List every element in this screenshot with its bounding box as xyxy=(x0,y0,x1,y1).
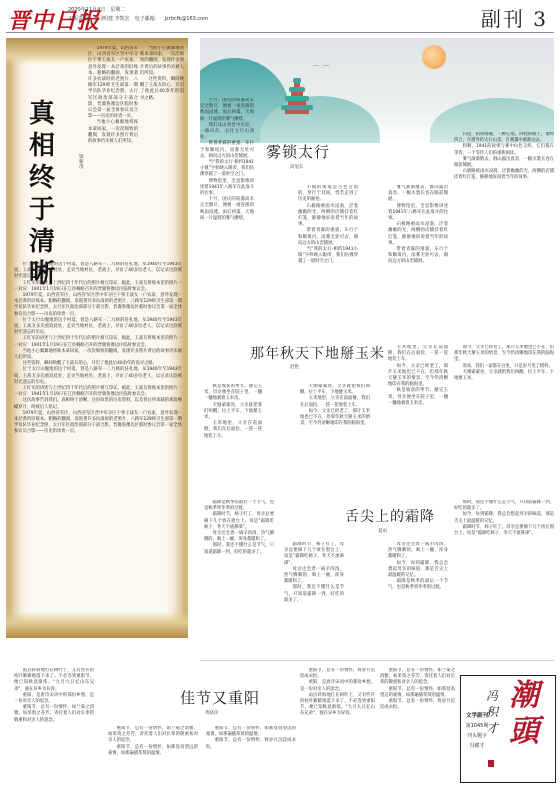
paragraph: 重阳节，总有一份情怀，将岁月沉淀成永恒。 xyxy=(300,668,375,680)
paragraph: 玉米地里，父亲在前面掰，我们在后面捡，一筐一筐地装上车。 xyxy=(204,421,262,440)
paragraph: 那时，我还不懂什么是节气，只知道霜降一到，好吃的就多了。 xyxy=(204,543,274,555)
article-shuangjiang-col4: 那时，我还不懂什么是节气，只知道霜降一到，好吃的就多了。 如今，每到霜降，我总会… xyxy=(454,500,554,650)
paragraph: 石板路被雨水浸润，泛着幽幽的光，两侧的店铺挂着红灯笼，静静地诉说着当年的故事。 xyxy=(388,222,448,247)
article-shuangjiang-col1: 霜降是秋季的最后一个节气，也是秋季到冬季的过渡。 霜降时节，柿子红了，母亲总要摘… xyxy=(204,500,274,650)
paragraph: 十月，国庆的喧嚣尚未完全散尽，便被一场连绵的秋雨浸透。雨后初霁，天地间一片湿润的… xyxy=(200,197,254,222)
paragraph: 这些资料，瞬间唤醒了王战友的心，开启了他此后40余年的追寻之路。 xyxy=(140,77,184,102)
paragraph: 霜降是秋季的最后一个节气，也是秋季到冬季的过渡。 xyxy=(204,500,274,512)
article-zhenxiang-col2: 当他小心翼翼地将账本拿回家，一次次细致的翻阅，发现许多照片背后的故事仍未被人们所… xyxy=(140,46,184,256)
cranes-icon: ⌒⌒ xyxy=(312,64,332,75)
article-chongyang-col2: 重阳节，总有一份情怀，如兰菊之清雅，如茱萸之芬芳，寄托着人们对长辈的敬重和对亲人… xyxy=(108,726,198,784)
email-link[interactable]: jzrbcfk@163.com xyxy=(165,16,208,22)
paragraph: 位于太行山腹地的这个村落，曾是八路军一二九师的驻扎地，从1940年至1943年间… xyxy=(14,262,182,281)
article-shuangjiang-col3: 母亲还会煮一锅羊肉汤，热气腾腾的，喝上一碗，浑身都暖和了。 如今，每到霜降，我总… xyxy=(388,542,448,650)
paragraph: 十月，国庆的喧嚣尚未完全散尽，便被一场连绵的秋雨浸透。雨后初霁，天地间一片湿润的… xyxy=(200,98,254,123)
article-chongyang-col3: 重阳节，总有一份情怀，如那登高望远的豪情，如那遍插茱萸的温情。 重阳节，总有一份… xyxy=(206,726,296,784)
paragraph: 天刚蒙蒙亮，父亲就把我们叫醒，拉上平车，下地掰玉米。 xyxy=(300,384,370,396)
paragraph: 当“我的太行·相约1941小镇”字样映入眼帘，我们仿佛穿越了一道时空之门。 xyxy=(298,247,358,266)
paragraph: 雾气渐渐散去，群山露出真容，一幅水墨长卷在眼前铺展。 xyxy=(388,185,448,204)
article-chongyang-col1: 雨点斜斜地打在树叶上，又有些许的枯叶簌簌地落下来了。不必等到重阳节，便已知秋意渐… xyxy=(14,668,94,784)
paragraph: 我们从山西晋中出发，一路向东，去往太行山深处。 xyxy=(200,123,254,142)
article-author-zhenxiang: 梁朝茂 xyxy=(79,155,85,170)
paragraph: 霜降时节，柿子红了，母亲总要摘下几个放在窗台上，说是“霜降吃柿子，冬天不流鼻涕”… xyxy=(454,525,554,537)
article-title-wusuo: 雾锁太行 xyxy=(266,141,330,162)
article-shuangjiang-col2: 霜降时节，柿子红了，母亲总要摘下几个放在窗台上，说是“霜降吃柿子，冬天不流鼻涕”… xyxy=(284,542,344,650)
paragraph: 1979年夏，山西省军区、山西省军区晋中军分区干事王战友一户农家，意外发现一本泛… xyxy=(88,46,138,120)
email-label: 电子邮箱： xyxy=(135,16,160,22)
paragraph: 雨点斜斜地打在树叶上，又有些许的枯叶簌簌地落下来了。不必等到重阳节，便已知秋意渐… xyxy=(14,668,94,693)
paragraph: 霜降时节，柿子红了，母亲总要摘下几个放在窗台上，说是“霜降吃柿子，冬天不流鼻涕”… xyxy=(204,512,274,531)
inscriber-name: 冯横才 xyxy=(462,741,492,751)
paragraph: 重阳节，总有一份情怀，将岁月沉淀成永恒。 xyxy=(380,699,455,711)
paragraph: 重阳节，总有一份情怀，如兰菊之清雅，如茱萸之芬芳，寄托着人们对长辈的敬重和对亲人… xyxy=(14,705,94,724)
paragraph: 秋是收获的季节。掰完玉米，母亲便坐在院子里，一穗一穗地剥着玉米皮。 xyxy=(204,384,262,403)
paragraph: 玉米地里，父亲在前面掰，我们在后面捡，一筐一筐地装上车。 xyxy=(300,396,370,408)
paragraph: 雨点斜斜地打在树叶上，又有些许的枯叶簌簌地落下来了。不必等到重阳节，便已知秋意渐… xyxy=(300,693,375,718)
editors: 闫明建 李凯宏 xyxy=(98,16,130,22)
paragraph: 石板路被雨水浸润，泛着幽幽的光，两侧的店铺挂着红灯笼，静静地诉说着当年的故事。 xyxy=(298,204,358,229)
paragraph: 重阳节，总有一份情怀，如兰菊之清雅，如茱萸之芬芳，寄托着人们对长辈的敬重和对亲人… xyxy=(380,668,455,687)
paragraph: 重阳节，总有一份情怀，如那登高望远的豪情，如那遍插茱萸的温情。 xyxy=(380,687,455,699)
masthead: 晋中日报 2020年11月4日星期二 本版责编：闫明建 李凯宏电子邮箱：jzrb… xyxy=(0,0,560,33)
supplement-issue: 第1045期 xyxy=(462,721,492,731)
paragraph: 王红军的讲述与上世纪四十年代后的照片相互印证，据此，王战友将账本里的照片一一对应… xyxy=(14,281,182,293)
paragraph: 玉米地里，父亲在前面掰，我们在后面捡，一筐一筐地装上车。 xyxy=(388,345,448,364)
issue-meta: 2020年11月4日星期二 本版责编：闫明建 李凯宏电子邮箱：jzrbcfk@1… xyxy=(68,6,213,24)
supplement-name: 文学副刊 xyxy=(462,711,492,721)
paragraph: 如今，每到霜降，我总会想起母亲的味道，那是舌尖上最温暖的记忆。 xyxy=(454,512,554,524)
paragraph: 那时，我还不懂什么是节气，只知道霜降一到，好吃的就多了。 xyxy=(284,585,344,604)
paragraph: 那时，我还不懂什么是节气，只知道霜降一到，好吃的就多了。 xyxy=(454,500,554,512)
masthead-rule xyxy=(6,32,554,33)
paragraph: 当他小心翼翼地将账本拿回家，一次次细致的翻阅，发现许多照片背后的故事仍未被人们所… xyxy=(14,349,182,361)
paragraph: 霜降时节，柿子红了，母亲总要摘下几个放在窗台上，说是“霜降吃柿子，冬天不流鼻涕”… xyxy=(284,542,344,567)
article-title-chongyang: 佳节又重阳 xyxy=(180,687,260,708)
paragraph: 博物馆里，全息影像讲述着1941年八路军在此战斗的往事。 xyxy=(200,179,254,198)
paragraph: 母亲还会煮一锅羊肉汤，热气腾腾的，喝上一碗，浑身都暖和了。 xyxy=(204,531,274,543)
paragraph: 重阳节，总有一份情怀，如那登高望远的豪情，如那遍插茱萸的温情。 xyxy=(206,726,296,738)
article-yumi-col4: 如今，父亲已经老了，那片玉米地也已不在，但那年秋天掰玉米的情景，至今仍清晰地印在… xyxy=(454,345,554,490)
pagoda-icon xyxy=(280,78,314,120)
paragraph: 霜降是秋季的最后一个节气，也是秋季到冬季的过渡。 xyxy=(388,579,448,591)
article-chongyang-col5: 重阳节，总有一份情怀，如兰菊之清雅，如茱萸之芬芳，寄托着人们对长辈的敬重和对亲人… xyxy=(380,668,455,784)
paragraph: 秋是收获的季节。掰完玉米，母亲便坐在院子里，一穗一穗地剥着玉米皮。 xyxy=(388,388,448,407)
paragraph: 带着青霖的重量，车行于和顺境内，雨雾无处可去，朝向远方的山峦铺展。 xyxy=(298,228,358,247)
paragraph: 雾气渐渐散去，群山露出真容，一幅水墨长卷在眼前铺展。 xyxy=(454,157,554,169)
paragraph: 如今，父亲已经老了，那片玉米地也已不在，但那年秋天掰玉米的情景，至今仍清晰地印在… xyxy=(454,345,554,364)
article-author-shuangjiang: 夏雨 xyxy=(378,528,387,534)
article-yumi-col1: 秋是收获的季节。掰完玉米，母亲便坐在院子里，一穗一穗地剥着玉米皮。 天刚蒙蒙亮，… xyxy=(204,384,262,482)
article-wusuo-col3: 雾气渐渐散去，群山露出真容，一幅水墨长卷在眼前铺展。 博物馆里，全息影像讲述着1… xyxy=(388,185,448,325)
paragraph: 位于太行山腹地的这个村落，曾是八路军一二九师的驻扎地，从1940年至1943年间… xyxy=(14,367,182,386)
paragraph: 重阳，是唐诗宋词中的那份乡愁，是一份对亲人的思念。 xyxy=(300,680,375,692)
paragraph: 当“我的太行·相约1941小镇”字样映入眼帘，我们仿佛穿越了一道时空之门。 xyxy=(200,160,254,179)
issue-date: 2020年11月4日 xyxy=(68,7,105,13)
supplement-calligraphy-title: 潮頭 xyxy=(502,678,546,750)
supplement-info: 文学副刊 第1045期 刊头题字 冯横才 xyxy=(462,711,492,751)
article-wusuo-col1: 十月，国庆的喧嚣尚未完全散尽，便被一场连绵的秋雨浸透。雨后初霁，天地间一片湿润的… xyxy=(200,98,254,328)
article-chongyang-col4: 重阳节，总有一份情怀，将岁月沉淀成永恒。 重阳，是唐诗宋词中的那份乡愁，是一份对… xyxy=(300,668,375,784)
article-wusuo-col4: 归途，阴转晴暖，一种心境，回程的路上，秦岭四合，车窗外的太行山景，在雾霭中渐渐远… xyxy=(454,132,554,332)
paragraph: 如今，父亲已经老了，那片玉米地也已不在，但那年秋天掰玉米的情景，至今仍清晰地印在… xyxy=(300,409,370,428)
paragraph: 天刚蒙蒙亮，父亲就把我们叫醒，拉上平车，下地掰玉米。 xyxy=(204,403,262,422)
red-seal-icon xyxy=(488,760,494,767)
paragraph: 重阳节，总有一份情怀，将岁月沉淀成永恒。 xyxy=(206,738,296,750)
paragraph: 当他小心翼翼地将账本拿回家，一次次细致的翻阅，发现许多照片背后的故事仍未被人们所… xyxy=(88,120,138,145)
article-author-wusuo: 高旭东 xyxy=(290,164,304,170)
paragraph: 带着青霖的重量，车行于和顺境内，雨雾无处可去，朝向远方的山峦铺展。 xyxy=(388,247,448,266)
paragraph: 当他小心翼翼地将账本拿回家，一次次细致的翻阅，发现许多照片背后的故事仍未被人们所… xyxy=(140,46,184,77)
paragraph: 王红军的讲述与上世纪四十年代后的照片相互印证，据此，王战友将账本里的照片一一对应… xyxy=(14,336,182,348)
paragraph: 重阳节，总有一份情怀，如兰菊之清雅，如茱萸之芬芳，寄托着人们对长辈的敬重和对亲人… xyxy=(108,726,198,745)
article-title-shuangjiang: 舌尖上的霜降 xyxy=(345,506,435,526)
article-zhenxiang-body: 位于太行山腹地的这个村落，曾是八路军一二九师的驻扎地，从1940年至1943年间… xyxy=(14,262,182,602)
article-wusuo-col2: 小镇的街道是古色古韵的，穿行于其间，恍若走进了历史的画卷。 石板路被雨水浸润，泛… xyxy=(298,185,358,330)
page-label: 副刊 3 xyxy=(481,3,548,32)
article-yumi-col2: 天刚蒙蒙亮，父亲就把我们叫醒，拉上平车，下地掰玉米。 玉米地里，父亲在前面掰，我… xyxy=(300,384,370,482)
article-zhenxiang-col1: 1979年夏，山西省军区、山西省军区晋中军分区干事王战友一户农家，意外发现一本泛… xyxy=(88,46,138,216)
article-title-yumi: 那年秋天下地掰玉米 xyxy=(250,343,385,363)
parchment-edge-bottom xyxy=(6,612,188,638)
paragraph: 原来，我们一家都在这里，只是岁月变了模样。 xyxy=(454,364,554,370)
paragraph: 1979年夏，山西省军区、山西省军区晋中军分区干事王战友一户农家，意外发现一本泛… xyxy=(14,411,182,436)
paragraph: 小镇的街道是古色古韵的，穿行于其间，恍若走进了历史的画卷。 xyxy=(298,185,358,204)
paragraph: 石板路被雨水浸润，泛着幽幽的光，两侧的店铺挂着红灯笼，静静地诉说着当年的故事。 xyxy=(454,169,554,181)
paragraph: 归途，阴转晴暖，一种心境，回程的路上，秦岭四合，车窗外的太行山景，在雾霭中渐渐远… xyxy=(454,132,554,144)
editors-label: 本版责编： xyxy=(68,16,93,22)
paragraph: 带着青霖的重量，车行于和顺境内，雨雾无处可去，朝向远方的山峦铺展。 xyxy=(200,141,254,160)
paragraph: 母亲还会煮一锅羊肉汤，热气腾腾的，喝上一碗，浑身都暖和了。 xyxy=(284,567,344,586)
article-author-yumi: 赵艳 xyxy=(290,364,299,370)
paragraph: 天刚蒙蒙亮，父亲就把我们叫醒，拉上平车，下地掰玉米。 xyxy=(454,370,554,382)
paragraph: 博物馆里，全息影像讲述着1941年八路军在此战斗的往事。 xyxy=(388,204,448,223)
paragraph: 重阳节，总有一份情怀，如那登高望远的豪情，如那遍插茱萸的温情。 xyxy=(108,745,198,757)
paragraph: 重阳，是唐诗宋词中的那份乡愁，是一份对亲人的思念。 xyxy=(14,693,94,705)
paragraph: 如今，每到霜降，我总会想起母亲的味道，那是舌尖上最温暖的记忆。 xyxy=(388,561,448,580)
paragraph: 如今，父亲已经老了，那片玉米地也已不在，但那年秋天掰玉米的情景，至今仍清晰地印在… xyxy=(388,364,448,389)
paragraph: 1979年夏，山西省军区、山西省军区晋中军分区干事王战友一户农家，意外发现一本泛… xyxy=(14,293,182,318)
article-author-chongyang: 黄晓萍 xyxy=(205,710,219,716)
paragraph: 位于太行山腹地的这个村落，曾是八路军一二九师的驻扎地，从1940年至1943年间… xyxy=(14,318,182,337)
sun-icon xyxy=(422,45,446,69)
issue-weekday: 星期二 xyxy=(110,7,125,13)
article-yumi-col3: 玉米地里，父亲在前面掰，我们在后面捡，一筐一筐地装上车。 如今，父亲已经老了，那… xyxy=(388,345,448,490)
section-divider xyxy=(200,660,554,661)
paragraph: 王红军的讲述与上世纪四十年代后的照片相互印证，据此，王战友将账本里的照片一一对应… xyxy=(14,386,182,398)
paragraph: 母亲还会煮一锅羊肉汤，热气腾腾的，喝上一碗，浑身都暖和了。 xyxy=(388,542,448,561)
paragraph: 和顺，1941的故事与雾中山色交织，它们都在等待，一个等待人们的重新阅读。 xyxy=(454,144,554,156)
inscription-label: 刊头题字 xyxy=(462,731,492,741)
paragraph: 这次故事告诉我们，真相终于清晰，这份珍贵的历史资料，以及背后所承载的那段峥嵘岁月… xyxy=(14,398,182,410)
